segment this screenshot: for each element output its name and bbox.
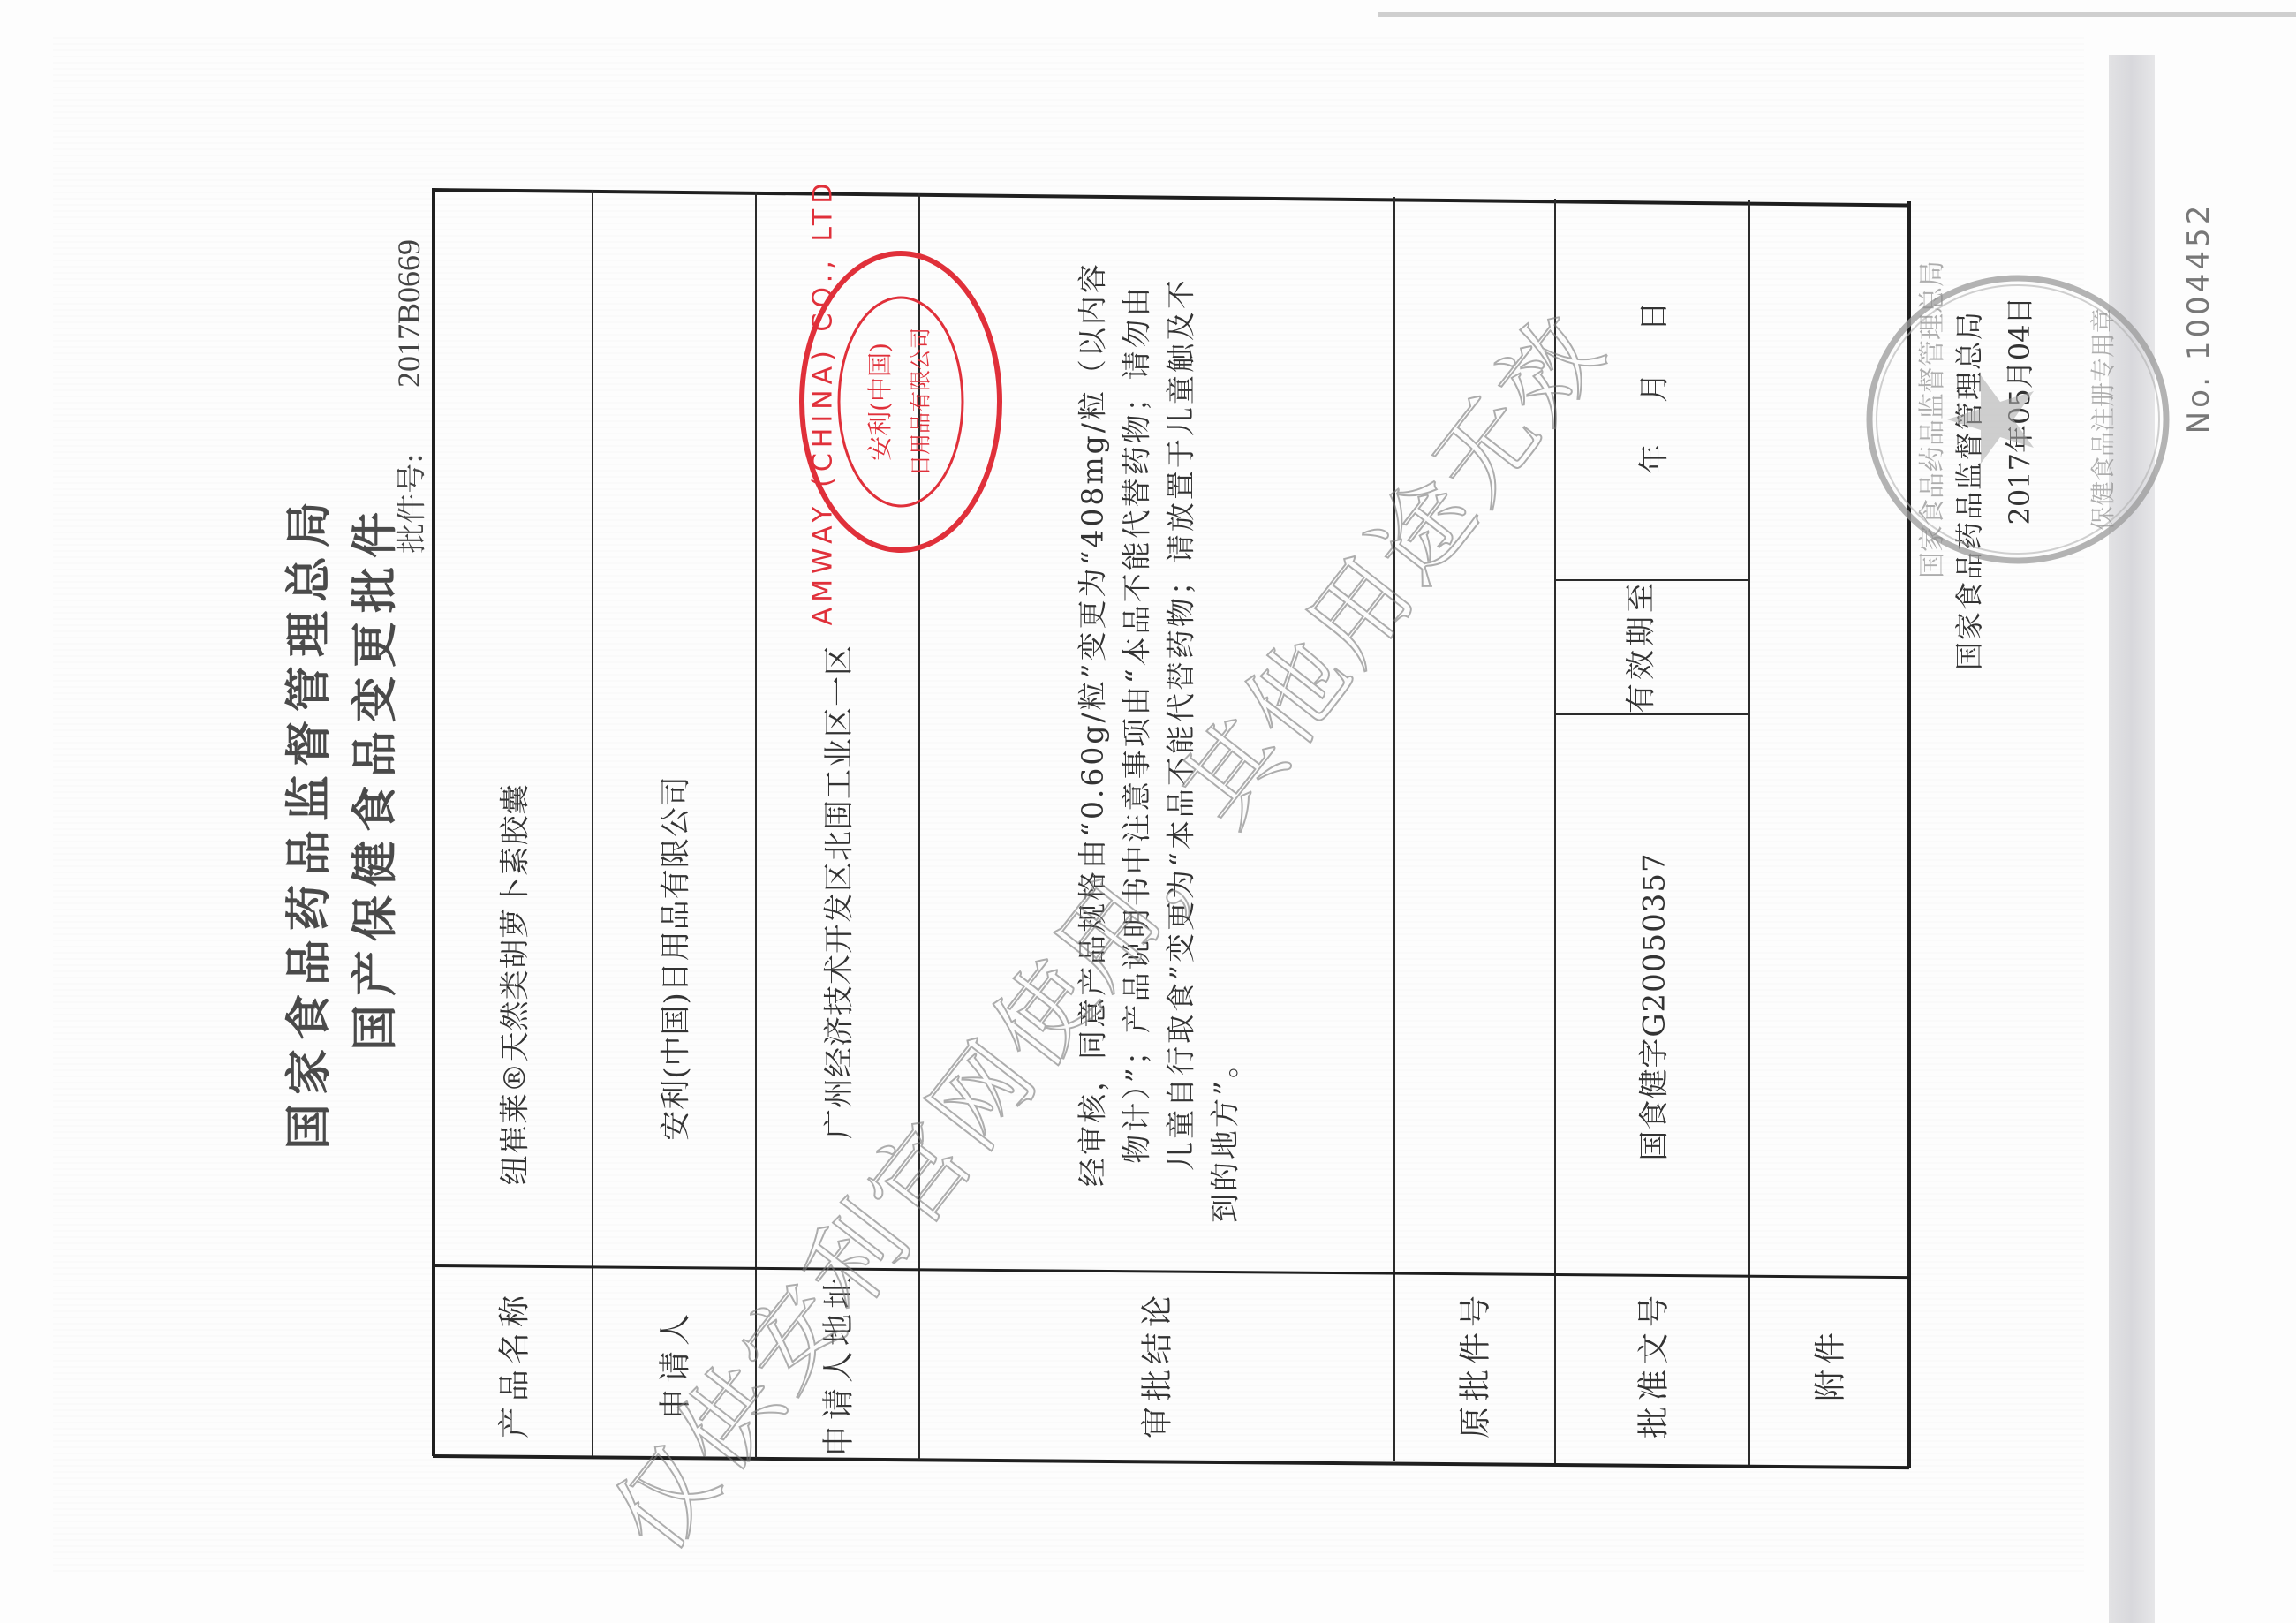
- conclusion-line: 到的地方”。: [1203, 1046, 1244, 1223]
- company-seal: AMWAY (CHINA) CO., LTD 安利(中国) 日用品有限公司: [795, 247, 1007, 556]
- official-seal-outer-text: 国家食品药品监督管理总局: [1910, 260, 1949, 578]
- approval-number-label: 批件号:: [388, 453, 431, 553]
- conclusion-line: 物计）”；产品说明书中注意事项由“本品不能代替药物；请勿由: [1114, 284, 1156, 1163]
- company-seal-outer-text: AMWAY (CHINA) CO., LTD: [808, 178, 839, 626]
- value-applicant: 安利(中国)日用品有限公司: [652, 775, 695, 1141]
- official-seal: 国家食品药品监督管理总局 保健食品注册专用章: [1859, 269, 2177, 570]
- label-original-approval-no: 原批件号: [1451, 1290, 1496, 1438]
- value-product-name: 纽崔莱®天然类胡萝卜素胶囊: [491, 784, 534, 1186]
- label-approval-conclusion: 审批结论: [1133, 1290, 1178, 1438]
- serial-number: No. 1004452: [2181, 202, 2217, 434]
- official-seal-inner-text: 保健食品注册专用章: [2084, 308, 2119, 531]
- label-attachment: 附件: [1806, 1327, 1851, 1401]
- label-product-name: 产品名称: [490, 1290, 535, 1438]
- document-title: 国产保健食品变更批件: [338, 503, 404, 1051]
- validity-cell-border: [1554, 713, 1748, 715]
- company-seal-inner-line1: 安利(中国): [861, 343, 896, 461]
- label-validity: 有效期至: [1617, 579, 1660, 713]
- scan-edge-line: [1378, 12, 2296, 17]
- authority-title: 国家食品药品监督管理总局: [272, 493, 338, 1150]
- value-validity-date: 年 月 日: [1630, 285, 1673, 474]
- label-approval-doc-no: 批准文号: [1629, 1290, 1674, 1438]
- value-approval-doc-no: 国食健字G20050357: [1630, 852, 1673, 1160]
- approval-number: 2017B0669: [390, 239, 427, 388]
- company-seal-inner-line2: 日用品有限公司: [903, 328, 934, 476]
- official-seal-icon: [1859, 269, 2177, 570]
- value-applicant-address: 广州经济技术开发区北围工业区一区: [815, 645, 858, 1139]
